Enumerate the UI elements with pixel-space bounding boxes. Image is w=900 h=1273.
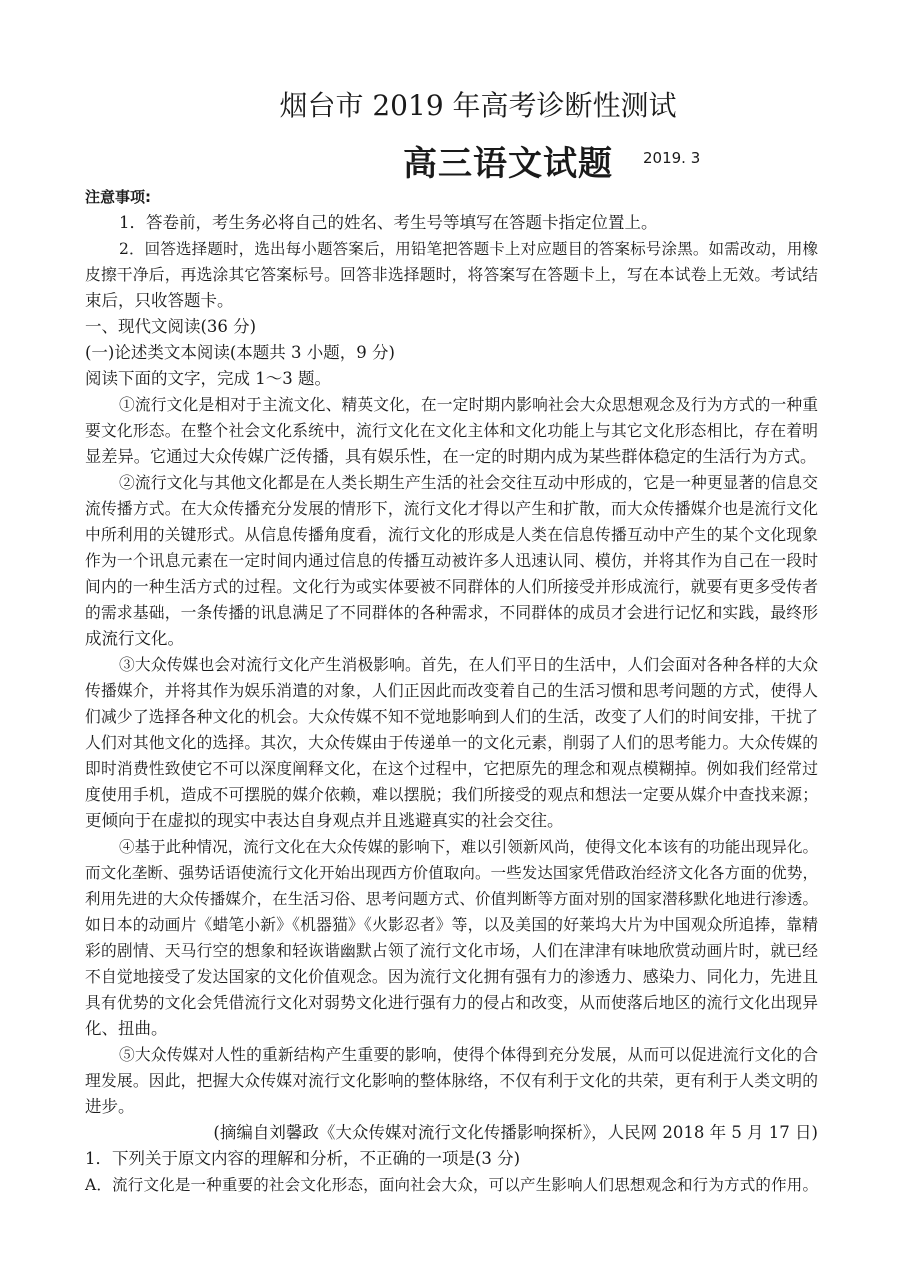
paragraph-5-line: ⑤大众传媒对人性的重新结构产生重要的影响，使得个体得到充分发展，从而可以促进流行… [85,1042,818,1068]
exam-date: 2019. 3 [643,149,700,167]
option-label: A． [85,1176,112,1194]
paragraph-1-line: 要文化形态。在整个社会文化系统中，流行文化在文化主体和文化功能上与其它文化形态相… [85,418,818,444]
exam-body: 注意事项: 1．答卷前，考生务必将自己的姓名、考生号等填写在答题卡指定位置上。 … [85,184,818,1198]
source-citation: (摘编自刘馨政《大众传媒对流行文化传播影响探析》，人民网 2018 年 5 月 … [85,1120,818,1146]
notice-item-1: 1．答卷前，考生务必将自己的姓名、考生号等填写在答题卡指定位置上。 [85,210,818,236]
notice-item-2-line: 束后，只收答题卡。 [85,288,818,314]
paragraph-2-line: 流传播方式。在大众传播充分发展的情形下，流行文化才得以产生和扩散，而大众传播媒介… [85,496,818,522]
paragraph-1-line: ①流行文化是相对于主流文化、精英文化，在一定时期内影响社会大众思想观念及行为方式… [85,392,818,418]
paragraph-2-line: 成流行文化。 [85,626,818,652]
notice-heading: 注意事项: [85,184,818,210]
paragraph-2-line: 作为一个讯息元素在一定时间内通过信息的传播互动被许多人迅速认同、模仿，并将其作为… [85,548,818,574]
paragraph-3-line: 更倾向于在虚拟的现实中表达自身观点并且逃避真实的社会交往。 [85,808,818,834]
paragraph-1-line: 显差异。它通过大众传媒广泛传播，具有娱乐性，在一定的时期内成为某些群体稳定的生活… [85,444,818,470]
subject-title: 高三语文试题 [403,136,613,185]
paragraph-4-line: 具有优势的文化会凭借流行文化对弱势文化进行强有力的侵占和改变，从而使落后地区的流… [85,990,818,1016]
paragraph-5-line: 进步。 [85,1094,818,1120]
paragraph-4-line: 化、扭曲。 [85,1016,818,1042]
notice-item-2-line: 皮擦干净后，再选涂其它答案标号。回答非选择题时，将答案写在答题卡上，写在本试卷上… [85,262,818,288]
part-title: 一、现代文阅读(36 分) [85,314,818,340]
exam-title-text: 烟台市 2019 年高考诊断性测试 [279,89,676,122]
exam-page: 烟台市 2019 年高考诊断性测试 高三语文试题 2019. 3 注意事项: 1… [0,0,900,1273]
paragraph-4-line: 如日本的动画片《蜡笔小新》《机器猫》《火影忍者》等，以及美国的好莱坞大片为中国观… [85,912,818,938]
paragraph-3-line: 度使用手机，造成不可摆脱的媒介依赖，难以摆脱；我们所接受的观点和想法一定要从媒介… [85,782,818,808]
paragraph-2-line: ②流行文化与其他文化都是在人类长期生产生活的社会交往互动中形成的，它是一种更显著… [85,470,818,496]
paragraph-4-line: 而文化垄断、强势话语使流行文化开始出现西方价值取向。一些发达国家凭借政治经济文化… [85,860,818,886]
paragraph-3-line: 即时消费性致使它不可以深度阐释文化，在这个过程中，它把原先的理念和观点模糊掉。例… [85,756,818,782]
exam-title: 烟台市 2019 年高考诊断性测试 [0,84,900,124]
option-text: 流行文化是一种重要的社会文化形态，面向社会大众，可以产生影响人们思想观念和行为方… [112,1176,818,1194]
paragraph-3-line: 们减少了选择各种文化的机会。大众传媒不知不觉地影响到人们的生活，改变了人们的时间… [85,704,818,730]
paragraph-2-line: 的需求基础，一条传播的讯息满足了不同群体的各种需求，不同群体的成员才会进行记忆和… [85,600,818,626]
paragraph-2-line: 间内的一种生活方式的过程。文化行为或实体要被不同群体的人们所接受并形成流行，就要… [85,574,818,600]
question-1-stem: 1．下列关于原文内容的理解和分析，不正确的一项是(3 分) [85,1146,818,1172]
paragraph-3-line: ③大众传媒也会对流行文化产生消极影响。首先，在人们平日的生活中，人们会面对各种各… [85,652,818,678]
question-1-option-a: A．流行文化是一种重要的社会文化形态，面向社会大众，可以产生影响人们思想观念和行… [85,1172,818,1198]
paragraph-5-line: 理发展。因此，把握大众传媒对流行文化影响的整体脉络，不仅有利于文化的共荣，更有利… [85,1068,818,1094]
paragraph-4-line: 彩的剧情、天马行空的想象和轻诙谐幽默占领了流行文化市场，人们在津津有味地欣赏动画… [85,938,818,964]
paragraph-3-line: 传播媒介，并将其作为娱乐消遣的对象，人们正因此而改变着自己的生活习惯和思考问题的… [85,678,818,704]
paragraph-4-line: 利用先进的大众传播媒介，在生活习俗、思考问题方式、价值判断等方面对别的国家潜移默… [85,886,818,912]
paragraph-4-line: ④基于此种情况，流行文化在大众传媒的影响下，难以引领新风尚，使得文化本该有的功能… [85,834,818,860]
notice-item-2-line: 2．回答选择题时，选出每小题答案后，用铅笔把答题卡上对应题目的答案标号涂黑。如需… [85,236,818,262]
paragraph-4-line: 不自觉地接受了发达国家的文化价值观念。因为流行文化拥有强有力的渗透力、感染力、同… [85,964,818,990]
section-subtitle: (一)论述类文本阅读(本题共 3 小题，9 分) [85,340,818,366]
reading-instruction: 阅读下面的文字，完成 1～3 题。 [85,366,818,392]
paragraph-2-line: 中所利用的关键形式。从信息传播角度看，流行文化的形成是人类在信息传播互动中产生的… [85,522,818,548]
paragraph-3-line: 人们对其他文化的选择。其次，大众传媒由于传递单一的文化元素，削弱了人们的思考能力… [85,730,818,756]
